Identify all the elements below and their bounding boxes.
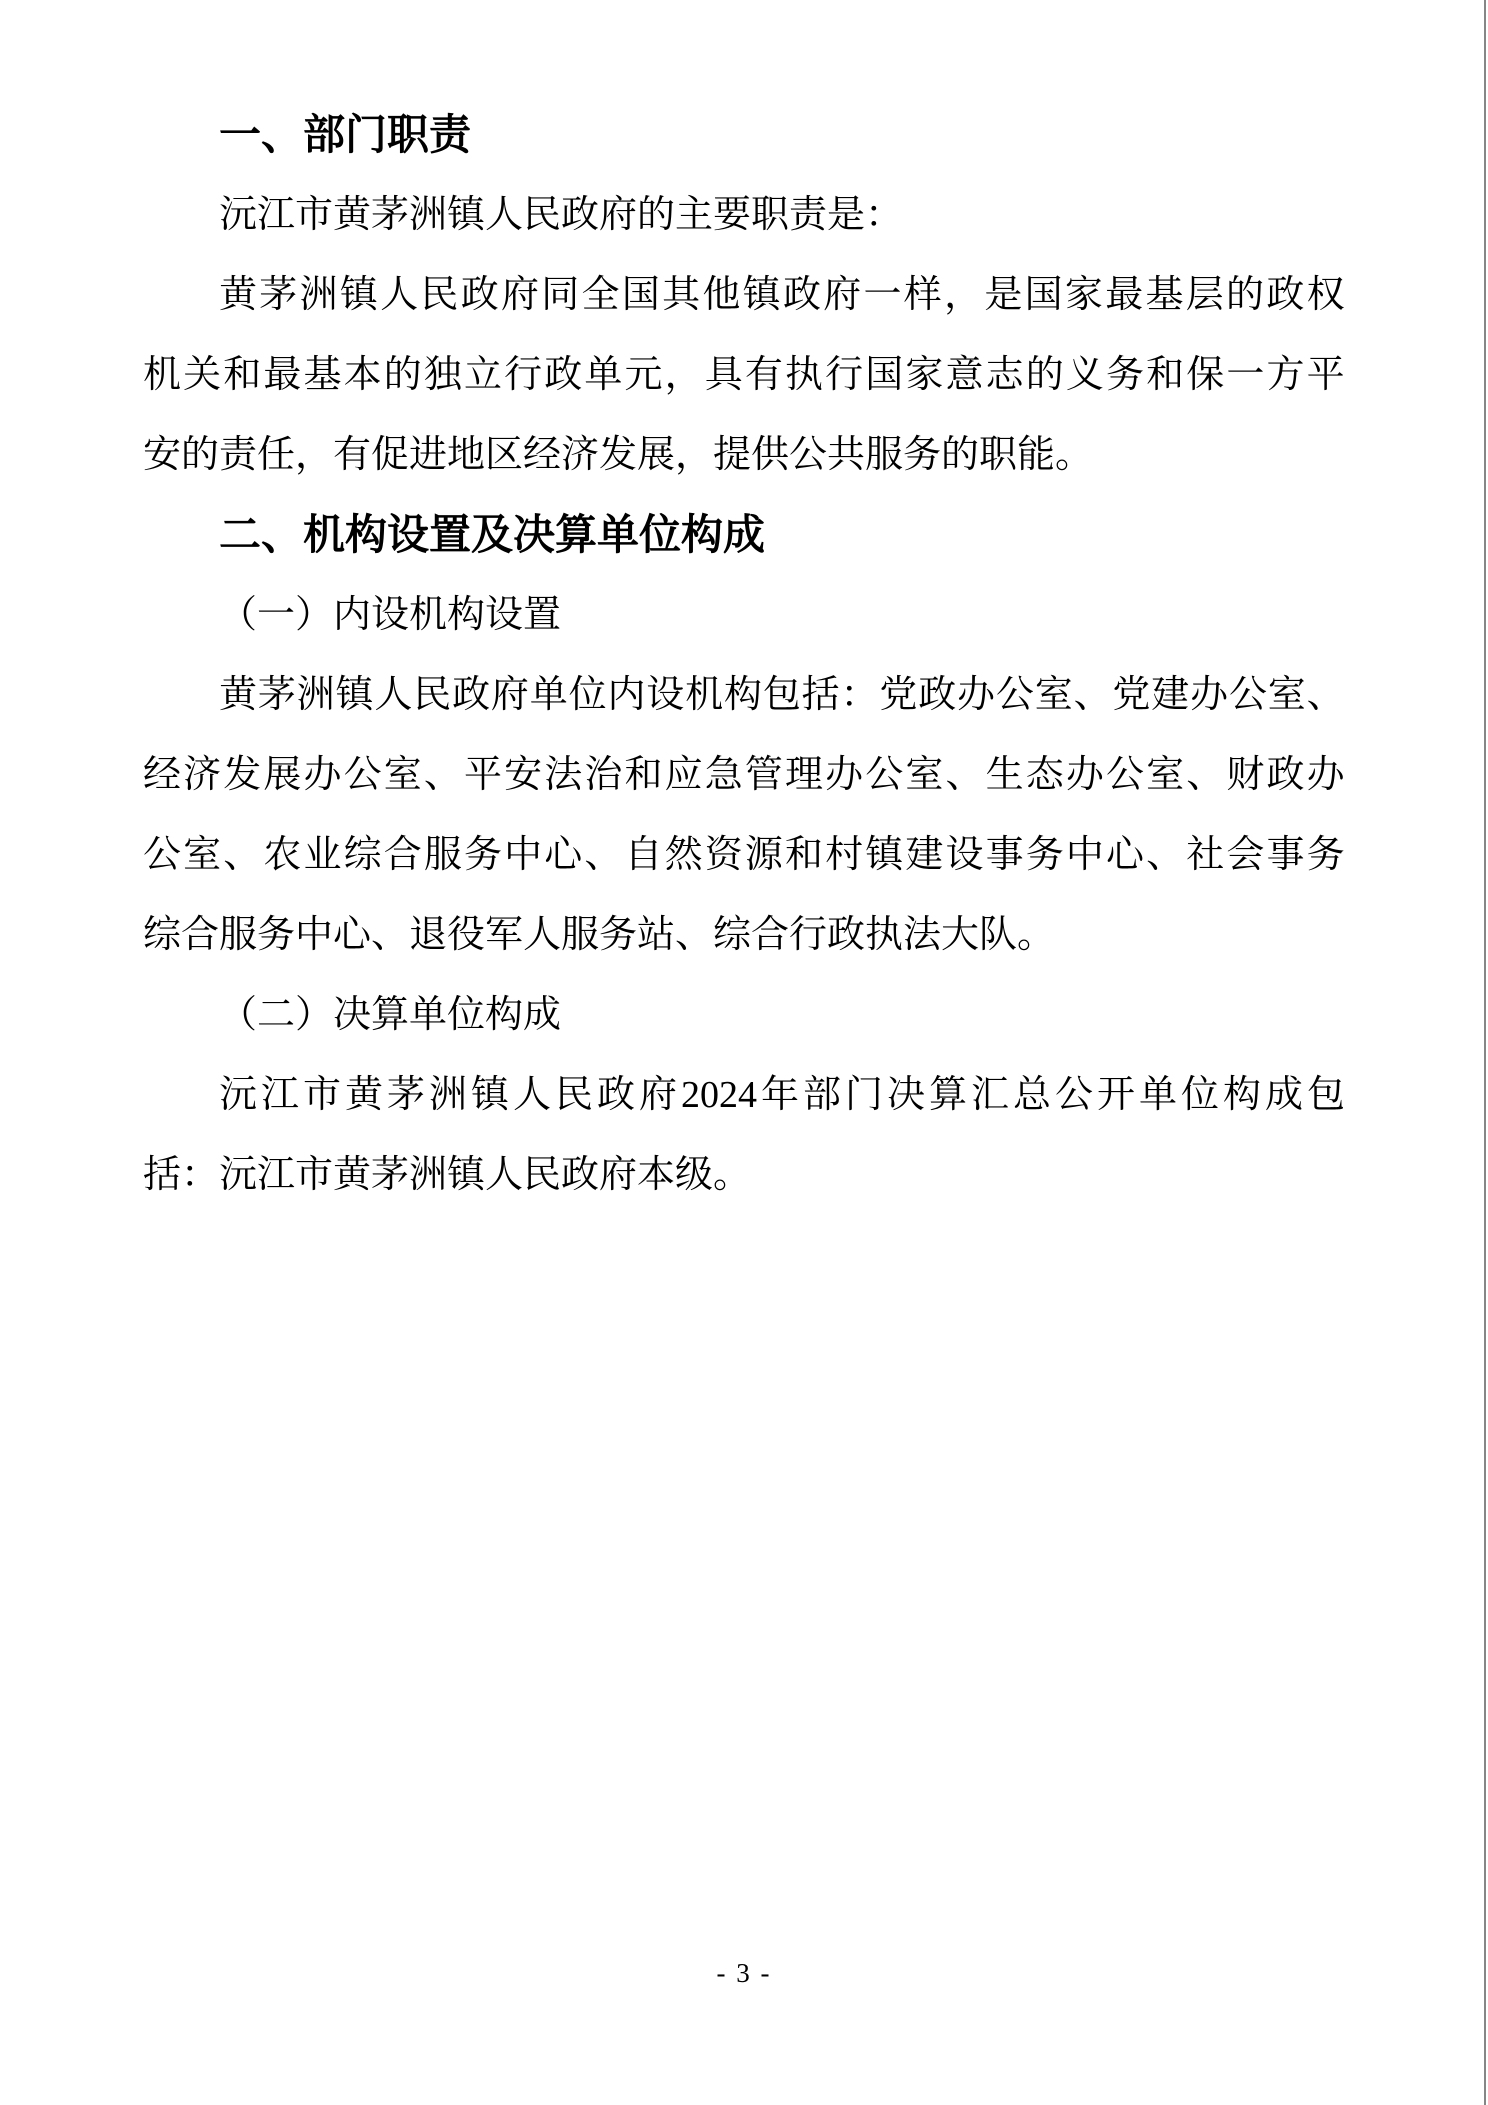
paragraph-line: 括：沅江市黄茅洲镇人民政府本级。: [143, 1135, 1345, 1215]
text-token: 管: [745, 735, 783, 815]
text-token: 社: [1186, 815, 1224, 895]
text-token: 黄: [345, 1055, 383, 1135]
text-token: 、: [946, 735, 984, 815]
text-token: 村: [825, 815, 863, 895]
section-1-heading: 一、部门职责: [143, 95, 1345, 175]
text-token: 包: [1307, 1055, 1345, 1135]
text-token: 室: [1035, 655, 1073, 735]
text-token: 元: [625, 335, 663, 415]
subsection-2-heading: （二）决算单位构成: [143, 975, 1345, 1055]
text-token: 独: [424, 335, 462, 415]
text-token: 公: [344, 735, 382, 815]
paragraph-line: 黄茅洲镇人民政府单位内设机构包括：党政办公室、党建办公室、: [143, 655, 1345, 735]
text-token: 室: [1146, 735, 1184, 815]
document-body: 一、部门职责沅江市黄茅洲镇人民政府的主要职责是：黄茅洲镇人民政府同全国其他镇政府…: [143, 95, 1345, 1215]
text-token: 其: [662, 255, 700, 335]
text-token: 关: [183, 335, 221, 415]
text-token: ，: [944, 255, 982, 335]
text-token: 、: [1074, 655, 1112, 735]
text-token: 办: [1307, 735, 1345, 815]
text-token: 一: [1226, 335, 1264, 415]
text-token: 务: [1026, 815, 1064, 895]
paragraph-line: 安的责任，有促进地区经济发展，提供公共服务的职能。: [143, 415, 1345, 495]
paragraph-line: 公室、农业综合服务中心、自然资源和村镇建设事务中心、社会事务: [143, 815, 1345, 895]
text-token: 农: [263, 815, 301, 895]
document-page: 一、部门职责沅江市黄茅洲镇人民政府的主要职责是：黄茅洲镇人民政府同全国其他镇政府…: [0, 0, 1488, 2105]
text-token: 样: [904, 255, 942, 335]
text-token: 义: [1066, 335, 1104, 415]
text-token: 是: [984, 255, 1022, 335]
text-token: 经: [143, 735, 181, 815]
text-token: 办: [825, 735, 863, 815]
text-token: 国: [622, 255, 660, 335]
text-token: 会: [1226, 815, 1264, 895]
text-token: 生: [986, 735, 1024, 815]
text-token: 方: [1267, 335, 1305, 415]
text-token: 建: [905, 815, 943, 895]
text-token: 洲: [297, 655, 335, 735]
text-token: 政: [918, 655, 956, 735]
text-token: 府: [823, 255, 861, 335]
text-token: 同: [541, 255, 579, 335]
paragraph-line: 黄茅洲镇人民政府同全国其他镇政府一样，是国家最基层的政权: [143, 255, 1345, 335]
text-token: 行: [504, 335, 542, 415]
text-token: 公: [1229, 655, 1267, 735]
text-token: 和: [1146, 335, 1184, 415]
text-token: 发: [223, 735, 261, 815]
text-token: 室: [183, 815, 221, 895]
text-token: 人: [374, 655, 412, 735]
text-token: 安: [504, 735, 542, 815]
text-token: 开: [1097, 1055, 1135, 1135]
text-token: 应: [665, 735, 703, 815]
text-token: 单: [584, 335, 622, 415]
text-token: 沅: [219, 1055, 257, 1135]
text-token: 源: [745, 815, 783, 895]
text-token: 黄: [219, 655, 257, 735]
text-token: 然: [665, 815, 703, 895]
text-token: 府: [491, 655, 529, 735]
text-token: 他: [702, 255, 740, 335]
text-token: 人: [380, 255, 418, 335]
text-token: 政: [783, 255, 821, 335]
text-token: 有: [745, 335, 783, 415]
text-token: 意: [946, 335, 984, 415]
page-number: - 3 -: [0, 1953, 1488, 1993]
text-token: 2024: [681, 1055, 757, 1135]
text-token: 和: [223, 335, 261, 415]
text-token: 民: [420, 255, 458, 335]
paragraph-line: 经济发展办公室、平安法治和应急管理办公室、生态办公室、财政办: [143, 735, 1345, 815]
text-token: 成: [1265, 1055, 1303, 1135]
text-token: 务: [1307, 815, 1345, 895]
text-token: 决: [887, 1055, 925, 1135]
text-token: 行: [825, 335, 863, 415]
text-token: 构: [724, 655, 762, 735]
text-token: 本: [344, 335, 382, 415]
text-token: 茅: [258, 655, 296, 735]
text-token: 党: [879, 655, 917, 735]
text-token: 综: [344, 815, 382, 895]
text-token: 急: [705, 735, 743, 815]
text-token: 公: [1106, 735, 1144, 815]
text-token: 汇: [971, 1055, 1009, 1135]
text-token: 家: [1065, 255, 1103, 335]
text-token: 镇: [471, 1055, 509, 1135]
text-token: 茅: [387, 1055, 425, 1135]
text-token: 国: [865, 335, 903, 415]
text-token: 设: [646, 655, 684, 735]
text-token: 的: [1226, 255, 1264, 335]
text-token: 单: [1139, 1055, 1177, 1135]
text-token: 心: [1106, 815, 1144, 895]
text-token: 志: [986, 335, 1024, 415]
text-token: 中: [1066, 815, 1104, 895]
text-token: 和: [785, 815, 823, 895]
text-token: 自: [625, 815, 663, 895]
text-token: 位: [1181, 1055, 1219, 1135]
text-token: 、: [424, 735, 462, 815]
text-token: 务: [464, 815, 502, 895]
text-token: 包: [763, 655, 801, 735]
text-token: 家: [905, 335, 943, 415]
text-token: 人: [513, 1055, 551, 1135]
text-token: 洲: [429, 1055, 467, 1135]
text-token: 镇: [865, 815, 903, 895]
text-token: 基: [1145, 255, 1183, 335]
text-token: 、: [1146, 815, 1184, 895]
text-token: 济: [183, 735, 221, 815]
text-token: 江: [261, 1055, 299, 1135]
text-token: 构: [1223, 1055, 1261, 1135]
text-token: 、: [584, 815, 622, 895]
text-token: 政: [544, 335, 582, 415]
text-token: ，: [665, 335, 703, 415]
text-token: 茅: [259, 255, 297, 335]
text-token: 年: [761, 1055, 799, 1135]
text-token: 权: [1307, 255, 1345, 335]
text-token: 公: [996, 655, 1034, 735]
text-token: ：: [841, 655, 879, 735]
text-token: 办: [957, 655, 995, 735]
text-token: 镇: [336, 655, 374, 735]
text-token: 服: [424, 815, 462, 895]
text-token: 民: [555, 1055, 593, 1135]
text-token: 务: [1106, 335, 1144, 415]
text-token: 门: [845, 1055, 883, 1135]
text-token: 一: [864, 255, 902, 335]
text-token: 政: [597, 1055, 635, 1135]
text-token: 公: [143, 815, 181, 895]
text-token: 保: [1186, 335, 1224, 415]
text-token: 立: [464, 335, 502, 415]
text-token: 平: [1307, 335, 1345, 415]
text-token: 机: [685, 655, 723, 735]
text-token: 平: [464, 735, 502, 815]
paragraph-line: 机关和最基本的独立行政单元，具有执行国家意志的义务和保一方平: [143, 335, 1345, 415]
text-token: 财: [1226, 735, 1264, 815]
text-token: 市: [303, 1055, 341, 1135]
text-token: 的: [1026, 335, 1064, 415]
section-2-heading: 二、机构设置及决算单位构成: [143, 495, 1345, 575]
text-token: 业: [304, 815, 342, 895]
text-token: 中: [504, 815, 542, 895]
text-token: 、: [223, 815, 261, 895]
text-token: 心: [544, 815, 582, 895]
text-token: 党: [1112, 655, 1150, 735]
text-token: 洲: [300, 255, 338, 335]
text-token: 全: [582, 255, 620, 335]
text-token: 建: [1151, 655, 1189, 735]
text-token: 的: [384, 335, 422, 415]
page-edge-line: [1484, 0, 1486, 2105]
text-token: 和: [625, 735, 663, 815]
text-token: 黄: [219, 255, 257, 335]
text-token: 执: [785, 335, 823, 415]
text-token: 法: [544, 735, 582, 815]
text-token: 具: [705, 335, 743, 415]
text-token: 民: [413, 655, 451, 735]
text-token: 政: [1266, 255, 1304, 335]
text-token: 合: [384, 815, 422, 895]
text-token: 设: [946, 815, 984, 895]
text-token: 事: [1267, 815, 1305, 895]
text-token: 镇: [743, 255, 781, 335]
text-token: 理: [785, 735, 823, 815]
text-token: 办: [304, 735, 342, 815]
text-token: 室: [905, 735, 943, 815]
text-token: 机: [143, 335, 181, 415]
text-token: 最: [263, 335, 301, 415]
text-token: 治: [584, 735, 622, 815]
text-token: 最: [1105, 255, 1143, 335]
text-token: 内: [607, 655, 645, 735]
text-token: 国: [1025, 255, 1063, 335]
text-token: 资: [705, 815, 743, 895]
text-token: 括: [802, 655, 840, 735]
text-token: 政: [1267, 735, 1305, 815]
text-token: 府: [639, 1055, 677, 1135]
text-token: 总: [1013, 1055, 1051, 1135]
text-token: 、: [1307, 655, 1345, 735]
text-token: 展: [263, 735, 301, 815]
text-token: 镇: [340, 255, 378, 335]
text-token: 部: [803, 1055, 841, 1135]
text-token: 事: [986, 815, 1024, 895]
text-token: 态: [1026, 735, 1064, 815]
text-token: 室: [1268, 655, 1306, 735]
text-token: 公: [865, 735, 903, 815]
subsection-1-heading: （一）内设机构设置: [143, 575, 1345, 655]
text-token: 政: [452, 655, 490, 735]
text-token: 算: [929, 1055, 967, 1135]
text-token: 办: [1190, 655, 1228, 735]
paragraph-line: 沅江市黄茅洲镇人民政府的主要职责是：: [143, 175, 1345, 255]
paragraph-line: 综合服务中心、退役军人服务站、综合行政执法大队。: [143, 895, 1345, 975]
text-token: 位: [569, 655, 607, 735]
text-token: 办: [1066, 735, 1104, 815]
text-token: 政: [461, 255, 499, 335]
text-token: 、: [1186, 735, 1224, 815]
paragraph-line: 沅江市黄茅洲镇人民政府2024年部门决算汇总公开单位构成包: [143, 1055, 1345, 1135]
text-token: 公: [1055, 1055, 1093, 1135]
text-token: 基: [304, 335, 342, 415]
text-token: 府: [501, 255, 539, 335]
text-token: 室: [384, 735, 422, 815]
text-token: 层: [1186, 255, 1224, 335]
text-token: 单: [530, 655, 568, 735]
